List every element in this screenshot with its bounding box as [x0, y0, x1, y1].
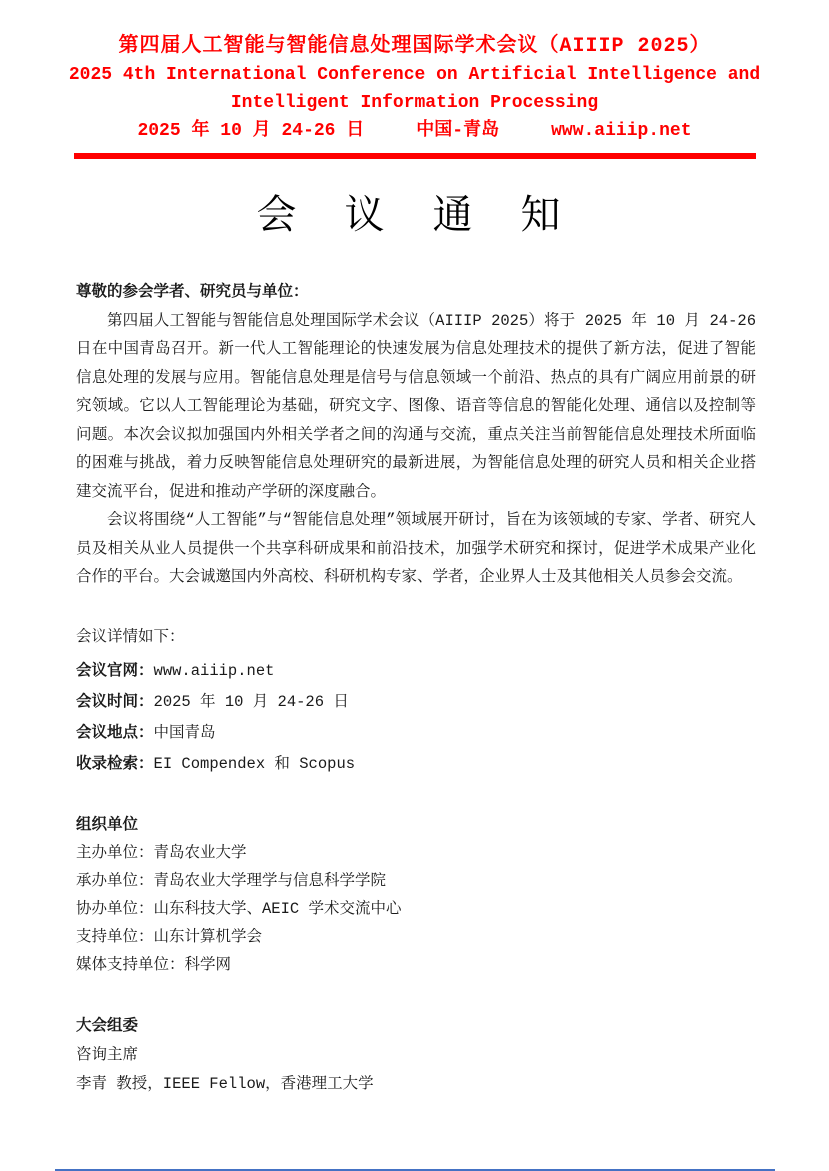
- committee-member: 李青 教授，IEEE Fellow，香港理工大学: [76, 1074, 756, 1095]
- document-page: 第四届人工智能与智能信息处理国际学术会议（AIIIP 2025） 2025 4t…: [0, 0, 829, 1171]
- conference-title-cn: 第四届人工智能与智能信息处理国际学术会议（AIIIP 2025）: [0, 33, 829, 61]
- conference-location: 中国-青岛: [416, 117, 499, 145]
- org-row-host: 主办单位：青岛农业大学: [76, 843, 756, 864]
- intro-paragraph-1: 第四届人工智能与智能信息处理国际学术会议（AIIIP 2025）将于 2025 …: [76, 307, 756, 507]
- notice-title: 会 议 通 知: [0, 195, 829, 243]
- intro-paragraph-2: 会议将围绕“人工智能”与“智能信息处理”领域展开研讨，旨在为该领域的专家、学者、…: [76, 506, 756, 592]
- detail-row-date: 会议时间：2025 年 10 月 24-26 日: [76, 691, 756, 713]
- letterhead: 第四届人工智能与智能信息处理国际学术会议（AIIIP 2025） 2025 4t…: [0, 0, 829, 145]
- red-divider-rule: [74, 153, 756, 159]
- detail-value: 2025 年 10 月 24-26 日: [154, 693, 349, 711]
- details-intro: 会议详情如下：: [76, 623, 756, 652]
- detail-row-location: 会议地点：中国青岛: [76, 722, 756, 744]
- meta-gap: [499, 117, 551, 145]
- detail-label: 会议时间：: [76, 693, 154, 711]
- detail-label: 会议官网：: [76, 662, 154, 680]
- org-row-organizer: 承办单位：青岛农业大学理学与信息科学学院: [76, 871, 756, 892]
- salutation: 尊敬的参会学者、研究员与单位：: [76, 278, 756, 307]
- org-row-media-supporter: 媒体支持单位：科学网: [76, 955, 756, 976]
- document-body: 尊敬的参会学者、研究员与单位： 第四届人工智能与智能信息处理国际学术会议（AII…: [0, 278, 829, 1095]
- conference-website: www.aiiip.net: [551, 117, 691, 145]
- letterhead-meta: 2025 年 10 月 24-26 日 中国-青岛 www.aiiip.net: [0, 117, 829, 145]
- meta-gap: [364, 117, 416, 145]
- committee-role: 咨询主席: [76, 1045, 756, 1066]
- detail-row-website: 会议官网：www.aiiip.net: [76, 660, 756, 682]
- conference-title-en-line2: Intelligent Information Processing: [0, 89, 829, 117]
- detail-value: 中国青岛: [154, 724, 216, 742]
- detail-label: 收录检索：: [76, 755, 154, 773]
- detail-row-indexing: 收录检索：EI Compendex 和 Scopus: [76, 753, 756, 775]
- conference-title-en-line1: 2025 4th International Conference on Art…: [0, 61, 829, 89]
- detail-value: EI Compendex 和 Scopus: [154, 755, 356, 773]
- detail-label: 会议地点：: [76, 724, 154, 742]
- organization-heading: 组织单位: [76, 814, 756, 836]
- org-row-coorganizer: 协办单位：山东科技大学、AEIC 学术交流中心: [76, 899, 756, 920]
- detail-value: www.aiiip.net: [154, 662, 275, 680]
- conference-date: 2025 年 10 月 24-26 日: [137, 117, 364, 145]
- org-row-supporter: 支持单位：山东计算机学会: [76, 927, 756, 948]
- committee-heading: 大会组委: [76, 1015, 756, 1037]
